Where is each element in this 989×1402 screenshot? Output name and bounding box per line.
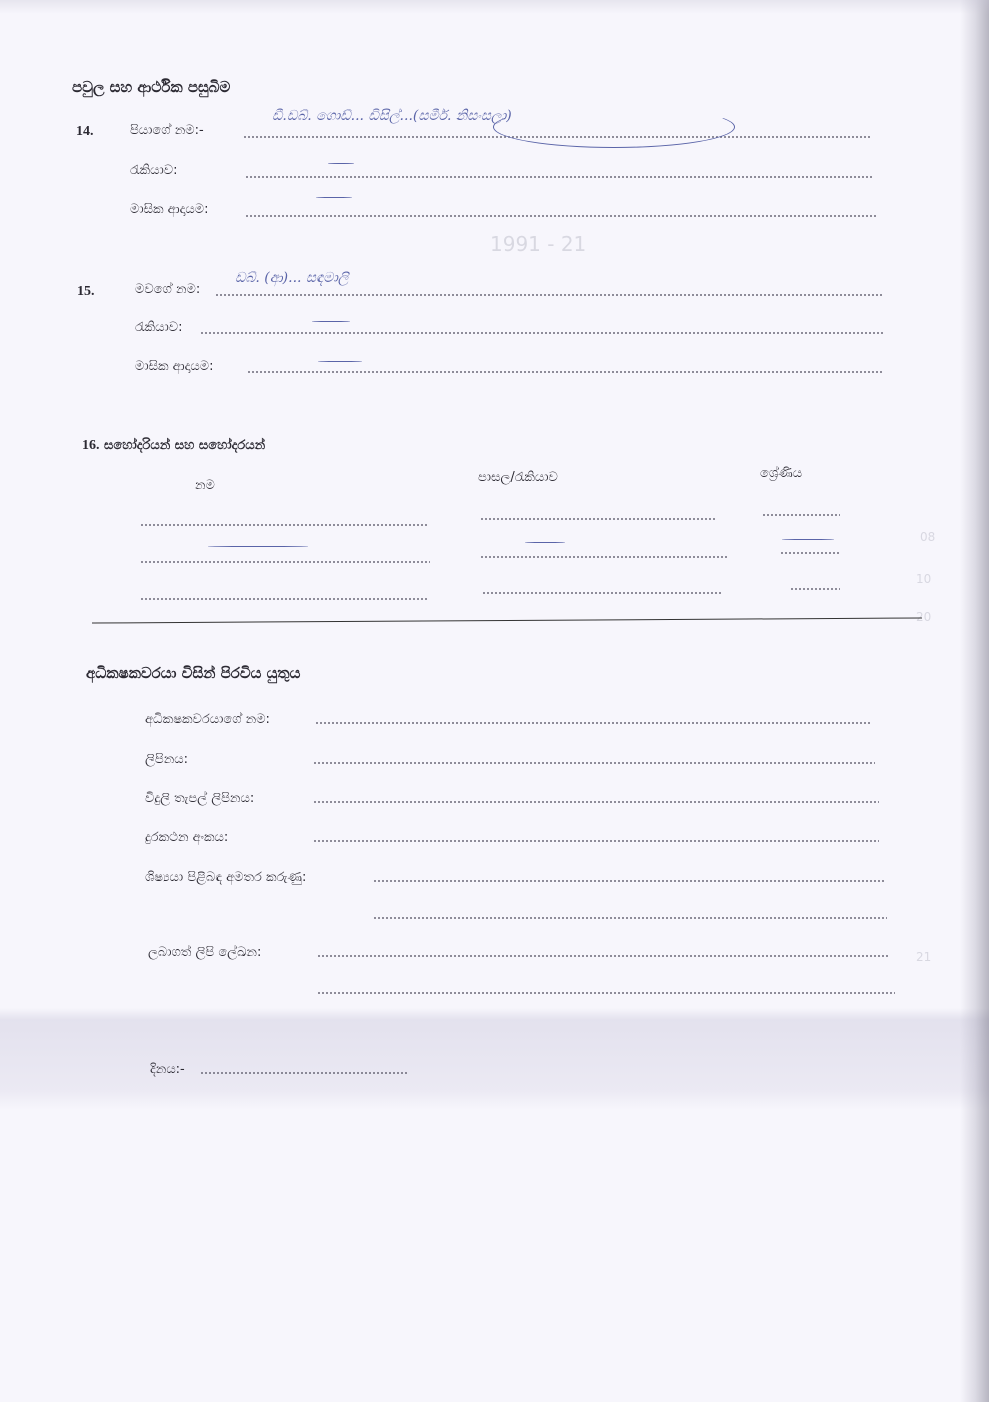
mother-occupation-dash — [312, 321, 350, 322]
phone-field[interactable] — [313, 840, 879, 842]
sibling-1-name-field[interactable] — [140, 524, 428, 526]
father-occupation-label: රැකියාව: — [130, 163, 178, 178]
bleed-through-number: 08 — [920, 530, 935, 544]
sibling-2-grade-field[interactable] — [780, 552, 840, 554]
additional-notes-label: ශිෂ්‍යයා පිළිබඳ අමතර කරුණු: — [145, 870, 306, 885]
sibling-2-school-dash — [525, 542, 565, 543]
father-name-label: පියාගේ නම:- — [130, 123, 204, 138]
item-number-16: 16. — [82, 438, 100, 453]
principal-name-field[interactable] — [315, 722, 871, 724]
father-name-value: ඩී.ඩබ්. ගොඩ්... ඩිසිල්...(සමීර්. නිසංසලා… — [272, 108, 512, 124]
sibling-3-school-field[interactable] — [482, 592, 722, 594]
sibling-1-school-field[interactable] — [480, 518, 716, 520]
mother-income-dash — [318, 361, 362, 362]
sibling-2-name-dash — [208, 546, 308, 547]
documents-received-label: ලබාගත් ලිපි ලේඛන: — [148, 945, 261, 960]
date-label: දිනය:- — [150, 1062, 185, 1077]
section-title-family: පවුල සහ ආර්ථික පසුබිම — [72, 78, 230, 96]
sibling-3-grade-field[interactable] — [790, 588, 840, 590]
father-occupation-field[interactable] — [245, 176, 873, 178]
column-header-school-work: පාසල/රැකියාව — [478, 470, 558, 485]
item-number-15: 15. — [77, 284, 95, 300]
section-siblings-title: 16. සහෝදරියන් සහ සහෝදරයන් — [82, 438, 265, 454]
bleed-through-number: 10 — [916, 572, 931, 586]
siblings-title-text: සහෝදරියන් සහ සහෝදරයන් — [104, 438, 265, 453]
handwritten-parenthesis — [493, 106, 735, 148]
item-number-14: 14. — [76, 124, 94, 140]
sibling-2-school-field[interactable] — [480, 556, 728, 558]
sibling-2-grade-dash — [782, 539, 834, 540]
sibling-2-name-field[interactable] — [140, 561, 430, 563]
email-field[interactable] — [313, 801, 879, 803]
mother-occupation-label: රැකියාව: — [135, 320, 183, 335]
additional-notes-field-line-1[interactable] — [373, 880, 885, 882]
mother-income-label: මාසික ආදායම: — [135, 359, 214, 374]
documents-received-field-line-2[interactable] — [317, 992, 895, 994]
documents-received-field-line-1[interactable] — [317, 955, 890, 957]
mother-name-value: ඩබ්. (ආ)... සඳමාලි — [235, 270, 348, 286]
bleed-through-number: 21 — [916, 950, 931, 964]
section-title-principal: අධිකෂකවරයා විසින් පිරවිය යුතුය — [86, 664, 300, 682]
address-label: ලිපිනය: — [145, 752, 188, 767]
father-income-field[interactable] — [245, 215, 877, 217]
father-income-label: මාසික ආදායම: — [130, 202, 209, 217]
bleed-through-date: 1991 - 21 — [490, 232, 586, 256]
email-label: විදුලි තැපල් ලිපිනය: — [145, 791, 254, 806]
address-field[interactable] — [313, 762, 875, 764]
mother-name-label: මවගේ නම: — [135, 282, 200, 297]
principal-name-label: අධිකෂකවරයාගේ නම: — [145, 712, 270, 727]
column-header-name: නම — [195, 478, 215, 493]
mother-name-field[interactable] — [215, 294, 883, 296]
phone-label: දුරකථන අංකය: — [145, 830, 228, 845]
sibling-1-grade-field[interactable] — [762, 514, 840, 516]
sibling-3-name-field[interactable] — [140, 598, 428, 600]
mother-income-field[interactable] — [247, 371, 883, 373]
mother-occupation-field[interactable] — [200, 332, 883, 334]
date-field[interactable] — [200, 1072, 407, 1074]
column-header-grade: ශ්‍රේණිය — [760, 466, 802, 481]
father-income-dash — [316, 197, 352, 198]
additional-notes-field-line-2[interactable] — [373, 917, 887, 919]
